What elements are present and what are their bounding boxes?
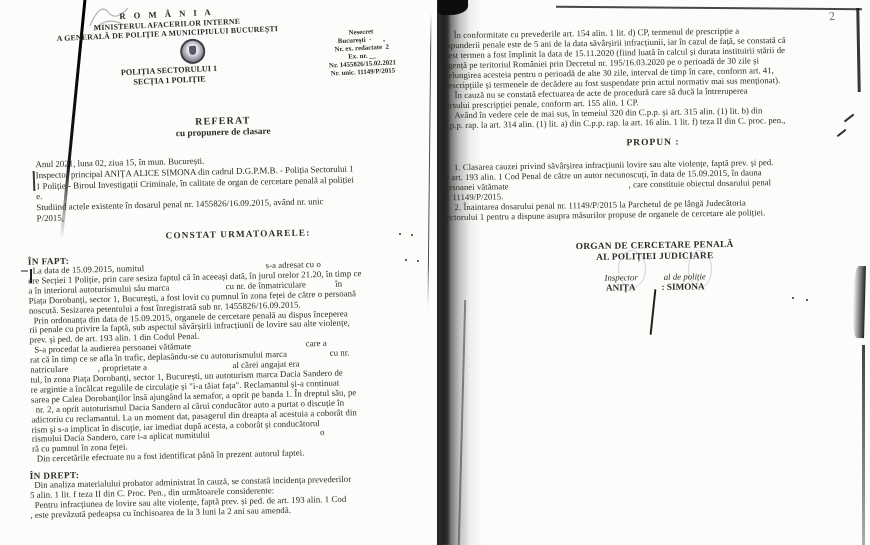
in-fapt-body: La data de 15.09.2015, numitul s-a adres… — [28, 257, 444, 464]
intro-paragraph: Anul 2021, luna 02, ziua 15, în mun. Buc… — [35, 151, 440, 224]
signature-block: ORGAN DE CERCETARE PENALĂ AL POLIȚIEI JU… — [520, 239, 791, 294]
in-drept-section: ÎN DREPT: Din analiza materialului proba… — [30, 463, 443, 521]
propun-heading: PROPUN : — [441, 135, 865, 152]
document-scan-view: { "colors": { "ink": "#2b2a26", "scan_sh… — [0, 0, 870, 545]
rank-left: Inspector — [604, 272, 637, 282]
ink-dot — [411, 234, 413, 236]
letterhead: R O M Â N I A MINISTERUL AFACERILOR INTE… — [50, 5, 285, 91]
document-title-block: REFERAT cu propunere de clasare — [103, 113, 344, 142]
ink-dot — [399, 233, 401, 235]
legal-body: În conformitate cu prevederile art. 154 … — [440, 24, 868, 131]
in-drept-body: Din analiza materialului probator admini… — [30, 473, 443, 521]
emblem-shield — [189, 46, 196, 55]
cut-edge-mark — [33, 171, 35, 191]
coat-of-arms-icon — [180, 38, 206, 64]
registration-block: NesecretBucurești · ,Nr. ex. redactate 2… — [295, 26, 429, 81]
in-fapt-section: ÎN FAPT: La data de 15.09.2015, numitul … — [28, 247, 445, 464]
police-unit: POLIȚIA SECTORULUI 1 SECȚIA 1 POLIȚIE — [53, 61, 286, 91]
bracket-mark — [21, 270, 28, 272]
page-number: 2 — [828, 9, 836, 25]
ink-dot — [792, 297, 794, 299]
name-left: ANIȚA — [606, 282, 636, 292]
page-1: R O M Â N I A MINISTERUL AFACERILOR INTE… — [0, 0, 440, 545]
page2-right-edge-lower — [862, 345, 865, 545]
rank-right: al de poliție — [664, 271, 706, 282]
signature-stroke — [650, 289, 656, 335]
ink-dot — [806, 299, 808, 301]
constat-heading: CONSTAT URMATOARELE: — [118, 226, 358, 241]
page2-top-edge-line — [556, 6, 862, 10]
propun-items: 1. Clasarea cauzei privind săvârșirea in… — [441, 156, 868, 223]
page-2: 2 În conformitate cu prevederile art. 15… — [440, 0, 870, 545]
name-right: : SIMONA — [661, 281, 704, 292]
page2-right-edge-shadow — [852, 266, 866, 338]
